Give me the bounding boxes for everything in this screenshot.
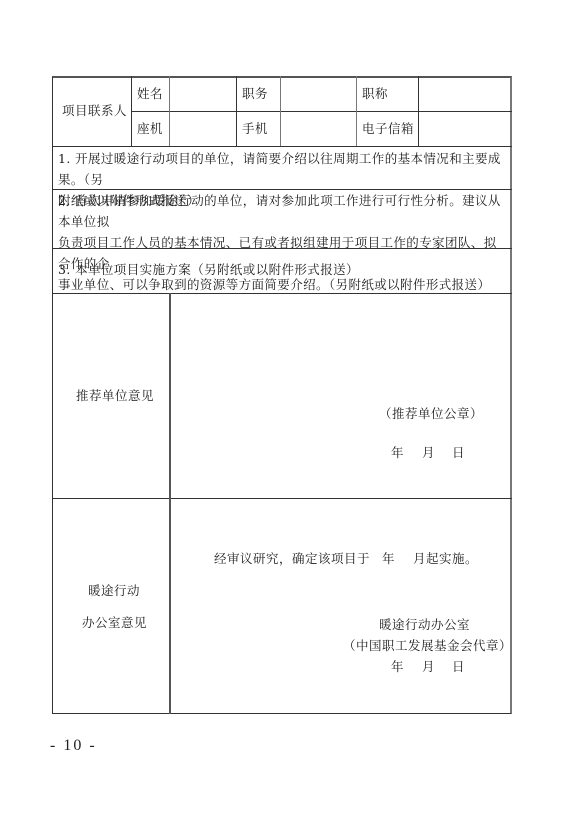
office-seal-label: （中国职工发展基金会代章）: [343, 638, 512, 654]
item-2-line-1: 2. 首次申请参加暖途行动的单位，请对参加此项工作进行可行性分析。建议从本单位拟: [58, 190, 508, 232]
row-divider: [52, 146, 512, 147]
column-divider: [280, 76, 281, 146]
position-label: 职务: [242, 86, 268, 102]
office-decision-year: 年: [382, 551, 395, 567]
recommend-opinion-area[interactable]: [171, 294, 511, 497]
office-section-label-line-1: 暖途行动: [88, 583, 140, 599]
landline-label: 座机: [137, 121, 163, 137]
row-divider: [52, 498, 512, 499]
office-section-label-line-2: 办公室意见: [82, 615, 147, 631]
mobile-field[interactable]: [286, 121, 350, 137]
column-divider: [356, 76, 357, 146]
office-decision-suffix: 月起实施。: [413, 551, 478, 567]
column-divider: [169, 76, 170, 146]
column-divider: [418, 76, 419, 146]
column-divider: [131, 76, 132, 146]
item-3-line-1: 3. 本单位项目实施方案（另附纸或以附件形式报送）: [58, 259, 508, 280]
row-divider: [131, 111, 512, 112]
column-divider: [236, 76, 237, 146]
name-field[interactable]: [175, 86, 231, 102]
recommend-date-day: 日: [452, 445, 465, 461]
office-date-day: 日: [452, 659, 465, 675]
office-date-year: 年: [391, 659, 404, 675]
contact-row-label: 项目联系人: [62, 103, 127, 119]
item-3-instructions: 3. 本单位项目实施方案（另附纸或以附件形式报送）: [58, 259, 508, 280]
recommend-seal-label: （推荐单位公章）: [379, 406, 483, 422]
title-field[interactable]: [424, 86, 506, 102]
position-field[interactable]: [286, 86, 350, 102]
email-label: 电子信箱: [362, 121, 414, 137]
office-date-month: 月: [422, 659, 435, 675]
recommend-date-year: 年: [391, 445, 404, 461]
email-field[interactable]: [424, 121, 506, 137]
recommend-date-month: 月: [422, 445, 435, 461]
title-label: 职称: [362, 86, 388, 102]
name-label: 姓名: [137, 86, 163, 102]
document-page: 项目联系人 姓名 职务 职称 座机 手机 电子信箱 1. 开展过暖途行动项目的单…: [0, 0, 570, 816]
page-number: - 10 -: [50, 737, 97, 755]
recommend-section-label: 推荐单位意见: [76, 388, 154, 404]
mobile-label: 手机: [242, 121, 268, 137]
office-signatory: 暖途行动办公室: [379, 617, 470, 633]
item-1-line-1: 1. 开展过暖途行动项目的单位，请简要介绍以往周期工作的基本情况和主要成果。（另: [58, 148, 508, 190]
landline-field[interactable]: [175, 121, 231, 137]
office-decision-prefix: 经审议研究，确定该项目于: [214, 551, 370, 567]
